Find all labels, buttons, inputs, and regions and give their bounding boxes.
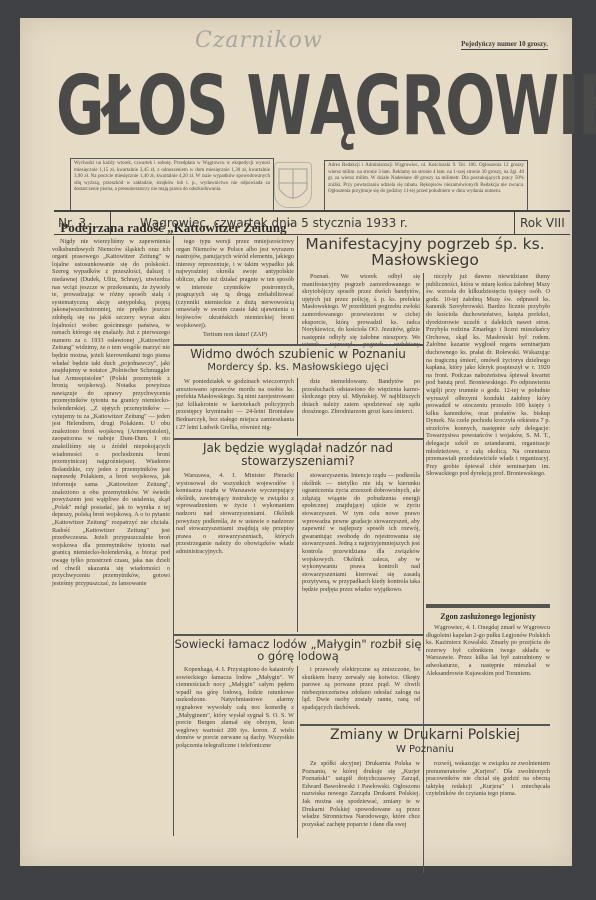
newspaper-title: GŁOS WĄGROWIECKI — [56, 62, 406, 152]
headline-malygin: Sowiecki łamacz lodów „Małygin" rozbił s… — [173, 638, 423, 662]
article-kattowitzer-signoff: Tertium non datur! (ZAP) — [176, 331, 294, 341]
newspaper-page: Czarnikow Pojedyńczy numer 10 groszy. GŁ… — [20, 18, 572, 866]
article-widmo-col2: dzie niemeldowany. Bandytów po przesłuch… — [302, 378, 420, 438]
article-legionista: Wągrowiec, 4. I. Onegdaj zmarł w Wągrowc… — [426, 624, 550, 724]
article-kattowitzer-col2: tego typu wersji przez mniejszościowy or… — [176, 238, 294, 330]
subheadline-drukarnia: W Poznaniu — [300, 745, 550, 756]
headline-legionista: Zgon zasłużonego legjonisty — [426, 612, 550, 621]
pencil-annotation: Czarnikow — [195, 28, 323, 53]
article-nadzor-col1: Warszawa, 4. I. Minister Pieracki wystos… — [176, 472, 294, 632]
article-pogrzeb-col2: niczyły już dawno niewidziane tłumy publ… — [426, 273, 550, 599]
issue-price: Pojedyńczy numer 10 groszy. — [461, 40, 548, 50]
article-malygin-col1: Kopenhaga, 4. I. Przystąpiono do katastr… — [176, 666, 294, 838]
coat-of-arms-icon — [274, 162, 312, 208]
headline-pogrzeb: Manifestacyjny pogrzeb śp. ks. Masłowski… — [300, 236, 550, 269]
article-malygin-col2: i przewody elektryczne są zniszczone, bo… — [302, 666, 420, 722]
article-widmo-col1: W poniedziałek w godzinach wieczornych a… — [176, 378, 294, 438]
subheadline-widmo: Mordercy śp. ks. Masłowskiego ujęci — [173, 363, 423, 374]
article-nadzor-col2: stowarzyszenia. Intencje rządu — podkreś… — [302, 472, 420, 632]
article-drukarnia-col2: rozwój, wskazując w związku ze zwolnieni… — [426, 760, 550, 820]
article-pogrzeb-col1: Poznań. We wtorek odbył się manifestacyj… — [302, 273, 420, 349]
volume-year: Rok VIII — [520, 212, 565, 234]
article-kattowitzer-col1: Nigdy nie wierzyliśmy w zapewnienia volk… — [52, 238, 170, 826]
article-drukarnia-col1: Ze spółki akcyjnej Drukarnia Polska w Po… — [302, 760, 420, 838]
headline-widmo: Widmo dwóch szubienic w Poznaniu — [173, 348, 423, 361]
subscription-info-box: Wychodzi na każdy wtorek, czwartek i sob… — [70, 158, 274, 212]
headline-kattowitzer: Podejrzana radość „Kattowitzer Zeitung" — [52, 220, 302, 236]
headline-drukarnia: Zmiany w Drukarni Polskiej — [300, 728, 550, 743]
headline-nadzor: Jak będzie wyglądał nadzór nad stowarzys… — [173, 442, 423, 467]
editorial-address-box: Adres Redakcji i Administracji Wągrowiec… — [324, 160, 528, 212]
